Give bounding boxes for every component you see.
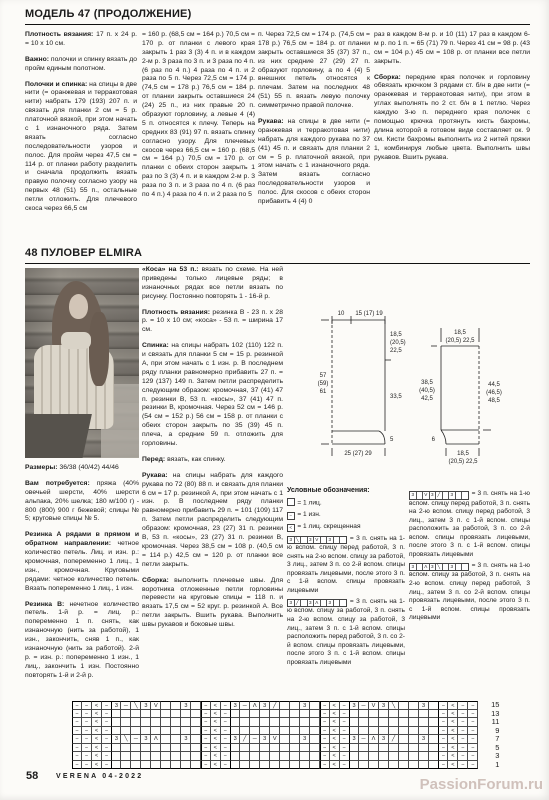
paragraph: п. Через 72,5 см = 174 р. (74,5 см = 178… [258,31,370,111]
section47-column-2: = 160 р. (68,5 см = 164 р.) 70,5 см = 17… [142,31,255,245]
paragraph-lead: Плотность вязания: [25,31,96,38]
chart-cell [260,718,270,727]
chart-cell [379,761,389,770]
chart-cell: < [211,727,221,736]
chart-cell [141,752,151,761]
chart-cell: 3 [260,735,270,744]
chart-cell [131,710,141,719]
chart-cell [359,752,369,761]
chart-cell [171,701,181,710]
paragraph: Плотность вязания: 17 п. х 24 р. = 10 х … [25,31,137,49]
paragraph-lead: «Коса» на 53 п.: [142,266,202,273]
legend-item: < = 1 лиц. скрещенная [287,523,405,533]
chart-cell [389,718,399,727]
chart-cell: < [330,761,340,770]
chart-cell [240,727,250,736]
chart-cell [349,718,359,727]
legend-item: 3╲3V3 = 3 п. снять на 1-ю вспом. спицу п… [287,535,405,596]
paragraph: Вам потребуется: пряжа (40% овечьей шерс… [25,480,139,524]
chart-cell: − [201,752,211,761]
chart-cell: − [82,727,92,736]
chart-cell [171,735,181,744]
chart-cell [409,727,419,736]
chart-cell [260,727,270,736]
chart-cell: < [92,761,102,770]
chart-cell: ─ [240,701,250,710]
chart-cell [270,727,280,736]
chart-cell [270,710,280,719]
chart-cell [111,727,121,736]
chart-cell [181,752,191,761]
chart-cell [300,718,310,727]
chart-cell: − [468,710,478,719]
chart-cell [409,735,419,744]
body-hem-height: 5 [390,437,394,443]
chart-cell [379,718,389,727]
chart-cell [379,744,389,753]
chart-cell [399,761,409,770]
chart-row: −−<−−<−−<−−<−−3 [72,752,499,761]
chart-row: −−<−3─╲3V3−<−3─Λ3╱3−<−3─V3╲3−<−−15 [72,701,499,710]
chart-cell: < [92,701,102,710]
chart-cell: 3 [379,735,389,744]
chart-cell [419,761,429,770]
chart-cell [151,744,161,753]
chart-cell: − [468,744,478,753]
chart-cell: < [448,727,458,736]
chart-cell: < [448,735,458,744]
chart-cell: < [330,718,340,727]
body-neck-width: 10 [338,311,345,317]
chart-cell: < [211,735,221,744]
sleeve-right-2: (46,5) [486,390,502,396]
chart-cell [151,727,161,736]
paragraph: = 160 р. (68,5 см = 164 р.) 70,5 см = 17… [142,31,255,200]
chart-cell [300,727,310,736]
chart-cell [290,727,300,736]
chart-cell [300,710,310,719]
chart-cell: < [92,727,102,736]
chart-cell [369,761,379,770]
chart-cell: Λ [250,701,260,710]
chart-cell: ─ [359,701,369,710]
chart-cell: − [72,761,82,770]
chart-cell [121,718,131,727]
chart-cell [349,727,359,736]
chart-cell: 3 [419,735,429,744]
chart-cell: 3 [379,701,389,710]
chart-cell [121,727,131,736]
chart-cell [419,752,429,761]
chart-cell: < [92,752,102,761]
chart-cell: − [458,761,468,770]
chart-cell: − [458,744,468,753]
chart-cell: < [92,744,102,753]
chart-cell [290,710,300,719]
chart-cell [250,718,260,727]
paragraph-lead: Сборка: [374,74,406,81]
chart-cell: 3 [230,701,240,710]
chart-cell: − [72,718,82,727]
paragraph: Спинка: на спицы набрать 102 (110) 122 п… [142,342,283,449]
section47-title: МОДЕЛЬ 47 (ПРОДОЛЖЕНИЕ) [25,8,530,25]
model-photo [25,268,139,458]
chart-cell: − [438,761,448,770]
chart-cell: 3 [230,735,240,744]
chart-cell [141,727,151,736]
body-height-1: 57 [320,373,327,379]
stitch-symbol: 3╱3Λ3 [287,599,347,608]
chart-cell: ╲ [121,735,131,744]
paragraph-lead: Сборка: [142,577,174,584]
chart-cell [181,761,191,770]
legend-item: 3Λ3╲3 = 3 п. снять на 1-ю вспом. спицу з… [409,562,530,623]
chart-cell [280,761,290,770]
chart-cell [369,744,379,753]
chart-cell [369,718,379,727]
chart-cell [151,752,161,761]
chart-cell: − [320,761,330,770]
stitch-symbol: 3╲3V3 [287,536,347,545]
chart-cell: − [82,735,92,744]
sleeve-left-1: 38,5 [421,380,433,386]
chart-cell [181,710,191,719]
section48-column-b: «Коса» на 53 п.: вязать по схеме. На ней… [142,266,283,706]
chart-cell [131,761,141,770]
chart-cell [300,744,310,753]
cable-pattern-chart: −−<−3─╲3V3−<−3─Λ3╱3−<−3─V3╲3−<−−15−−<−−<… [72,701,499,769]
chart-cell [260,761,270,770]
chart-cell [171,710,181,719]
chart-cell [419,744,429,753]
section47-column-3: п. Через 72,5 см = 174 р. (74,5 см = 178… [258,31,370,245]
chart-cell [240,761,250,770]
chart-row: −−<−−<−−<−−<−−13 [72,710,499,719]
chart-cell: − [438,718,448,727]
body-height-2: (59) [318,381,329,387]
chart-cell [131,752,141,761]
chart-cell: < [211,701,221,710]
legend-item: − = 1 изн. [287,511,405,521]
sweater-collar [61,332,91,349]
chart-cell [290,701,300,710]
paragraph: Полочки и спинка: на спицы в две нити (=… [25,81,137,214]
chart-cell [111,752,121,761]
legend-column-1: Условные обозначения: = 1 лиц.− = 1 изн.… [287,487,405,670]
chart-cell [280,727,290,736]
section47-column-4: раз в каждом 8-м р. и 10 (11) 17 раз в к… [374,31,530,245]
sleeve-right-1: 44,5 [488,382,500,388]
chart-cell [141,761,151,770]
paragraph: Перед: вязать, как спинку. [142,456,283,465]
paragraph: Резинка В: нечетное количество петель. 1… [25,601,139,681]
paragraph: «Коса» на 53 п.: вязать по схеме. На ней… [142,266,283,302]
chart-cell [379,752,389,761]
paragraph-lead: Резинка А рядами в прямом и обратном нап… [25,531,139,547]
chart-cell [349,752,359,761]
chart-cell [250,752,260,761]
body-yoke-1: 18,5 [390,332,402,338]
chart-cell [230,710,240,719]
chart-cell [419,718,429,727]
chart-cell [161,744,171,753]
legend-item: 3V3╱3 = 3 п. снять на 1-ю вспом. спицу п… [409,490,530,559]
chart-cell [171,718,181,727]
chart-cell [399,710,409,719]
chart-row: −−<−−<−−<−−<−−5 [72,744,499,753]
chart-cell [349,744,359,753]
chart-cell: < [330,744,340,753]
chart-cell: < [448,752,458,761]
chart-cell: < [211,744,221,753]
chart-cell [379,710,389,719]
chart-cell: < [92,718,102,727]
legend-item: = 1 лиц. [287,498,405,508]
chart-cell [260,744,270,753]
chart-cell: − [438,710,448,719]
chart-cell [270,744,280,753]
chart-cell: ─ [131,735,141,744]
chart-cell [409,710,419,719]
chart-cell: ╱ [270,701,280,710]
sleeve-left-3: 42,5 [421,396,433,402]
paragraph-lead: Полочки и спинка: [25,81,89,88]
chart-cell [409,701,419,710]
stitch-symbol: < [287,524,295,533]
legend-column-2: 3V3╱3 = 3 п. снять на 1-ю вспом. спицу п… [409,490,530,625]
chart-cell: − [438,735,448,744]
chart-cell [230,727,240,736]
chart-cell [111,761,121,770]
paragraph-lead: Резинка В: [25,601,69,608]
chart-cell: ─ [359,735,369,744]
chart-cell [349,761,359,770]
chart-cell [389,761,399,770]
chart-cell [409,761,419,770]
chart-cell: 3 [181,701,191,710]
chart-cell [240,710,250,719]
chart-cell [121,752,131,761]
sleeve-bottom-1: 18,5 [457,451,469,457]
chart-cell: 3 [300,735,310,744]
chart-cell: − [458,701,468,710]
sleeve-left-2: (40,5) [419,388,435,394]
chart-cell: 3 [141,701,151,710]
sleeve-top-2: (20,5) 22,5 [445,338,475,344]
chart-cell: Λ [151,735,161,744]
chart-cell [111,744,121,753]
chart-cell: < [211,710,221,719]
chart-cell [389,710,399,719]
chart-cell: − [438,744,448,753]
chart-cell [369,710,379,719]
chart-cell: < [330,735,340,744]
chart-cell [399,727,409,736]
chart-cell [181,744,191,753]
paragraph-lead: Спинка: [142,342,171,349]
chart-cell [161,718,171,727]
chart-row-number: 1 [478,761,499,770]
chart-cell: − [82,761,92,770]
chart-cell: − [201,718,211,727]
chart-cell [290,744,300,753]
chart-cell: < [211,761,221,770]
chart-cell [230,718,240,727]
chart-cell: − [72,710,82,719]
chart-cell: − [82,744,92,753]
paragraph-lead: Размеры: [25,464,59,471]
chart-cell: 3 [419,701,429,710]
chart-cell [359,710,369,719]
chart-cell [359,727,369,736]
chart-cell: − [468,701,478,710]
chart-cell: − [438,701,448,710]
chart-cell [131,727,141,736]
chart-cell [250,710,260,719]
chart-cell: − [468,735,478,744]
chart-cell [369,752,379,761]
chart-cell: − [201,710,211,719]
chart-cell [389,744,399,753]
chart-cell [270,718,280,727]
chart-cell [250,761,260,770]
chart-cell: − [82,710,92,719]
chart-cell [389,752,399,761]
paragraph: Рукава: на спицы набрать для каждого рук… [142,472,283,570]
chart-cell [349,710,359,719]
chart-cell: 3 [181,735,191,744]
chart-cell: − [72,752,82,761]
chart-cell: − [320,735,330,744]
chart-cell [141,744,151,753]
chart-cell: ─ [250,735,260,744]
chart-cell: − [72,727,82,736]
paragraph: Рукава: на спицы в две нити (= оранжевая… [258,118,370,207]
chart-cell: − [320,744,330,753]
chart-cell: ╱ [240,735,250,744]
chart-cell [399,752,409,761]
model-hair-strand [89,312,109,386]
chart-cell [230,744,240,753]
chart-cell: < [92,735,102,744]
chart-cell [399,735,409,744]
chart-cell: ─ [121,701,131,710]
chart-cell [280,744,290,753]
chart-cell [121,710,131,719]
chart-cell: 3 [260,701,270,710]
chart-cell: − [201,761,211,770]
chart-cell [111,710,121,719]
chart-cell [230,752,240,761]
chart-cell: < [448,710,458,719]
chart-cell [419,727,429,736]
chart-cell [409,752,419,761]
paragraph-lead: Важно: [25,56,51,63]
chart-cell: < [92,710,102,719]
chart-row: −−<−−<−−<−−<−−1 [72,761,499,770]
chart-cell [359,718,369,727]
watermark: PassionForum.ru [420,776,543,793]
chart-cell [240,744,250,753]
chart-cell: V [151,701,161,710]
chart-cell [280,735,290,744]
chart-cell: − [320,752,330,761]
chart-cell: − [201,701,211,710]
chart-cell: − [468,727,478,736]
chart-cell: − [458,752,468,761]
chart-cell: < [448,744,458,753]
chart-cell: 3 [300,701,310,710]
body-length-mid: 33,5 [390,394,402,400]
chart-cell [399,701,409,710]
body-yoke-2: (20,5) [390,340,406,346]
chart-cell [280,701,290,710]
chart-cell [171,761,181,770]
section48-column-a: Размеры: 36/38 (40/42) 44/46Вам потребуе… [25,464,139,706]
paragraph: Важно: полочки и спинку вязать до пройм … [25,56,137,74]
chart-cell [280,710,290,719]
chart-cell [171,752,181,761]
magazine-page: МОДЕЛЬ 47 (ПРОДОЛЖЕНИЕ) Плотность вязани… [0,0,549,800]
chart-cell [389,727,399,736]
chart-cell: 3 [111,735,121,744]
body-height-3: 61 [320,389,327,395]
chart-cell: − [72,701,82,710]
chart-row: −−<−−<−−<−−<−−11 [72,718,499,727]
chart-cell: < [448,701,458,710]
legend-title: Условные обозначения: [287,487,405,496]
chart-cell [121,744,131,753]
chart-row: −−<−3╲─3Λ3−<−3╱─3V3−<−3─Λ3╱3−<−−7 [72,735,499,744]
paragraph-lead: Перед: [142,456,167,463]
chart-cell: Λ [369,735,379,744]
sleeve-bottom-2: (20,5) 22,5 [448,459,478,465]
chart-cell [121,761,131,770]
paragraph: Размеры: 36/38 (40/42) 44/46 [25,464,139,473]
chart-cell: < [330,710,340,719]
chart-cell [280,718,290,727]
chart-cell: − [458,710,468,719]
chart-cell [260,752,270,761]
chart-cell [161,752,171,761]
chart-cell: − [82,718,92,727]
chart-cell [409,718,419,727]
page-number: 58 [26,770,38,782]
chart-cell [230,761,240,770]
chart-cell: − [438,727,448,736]
chart-cell: − [458,735,468,744]
paragraph-lead: Рукава: [258,118,288,125]
chart-cell: < [448,761,458,770]
chart-cell [161,735,171,744]
chart-cell: 3 [349,701,359,710]
chart-cell: − [320,718,330,727]
chart-cell: − [320,710,330,719]
pattern-schematic: 10 15 (17) 19 18,5 (20,5) 22,5 33,5 5 57… [293,298,533,478]
chart-cell [260,710,270,719]
stitch-symbol: 3Λ3╲3 [409,563,469,572]
chart-cell [280,752,290,761]
chart-cell [111,718,121,727]
chart-cell: 3 [349,735,359,744]
legend-item: 3╱3Λ3 = 3 п. снять на 1-ю вспом. спицу з… [287,598,405,667]
paragraph: Плотность вязания: резинка В - 23 п. х 2… [142,309,283,336]
sleeve-right-3: 48,5 [488,398,500,404]
paragraph: Сборка: передние края полочек и горловин… [374,74,530,163]
chart-cell [171,744,181,753]
chart-cell: < [330,727,340,736]
chart-cell [240,718,250,727]
